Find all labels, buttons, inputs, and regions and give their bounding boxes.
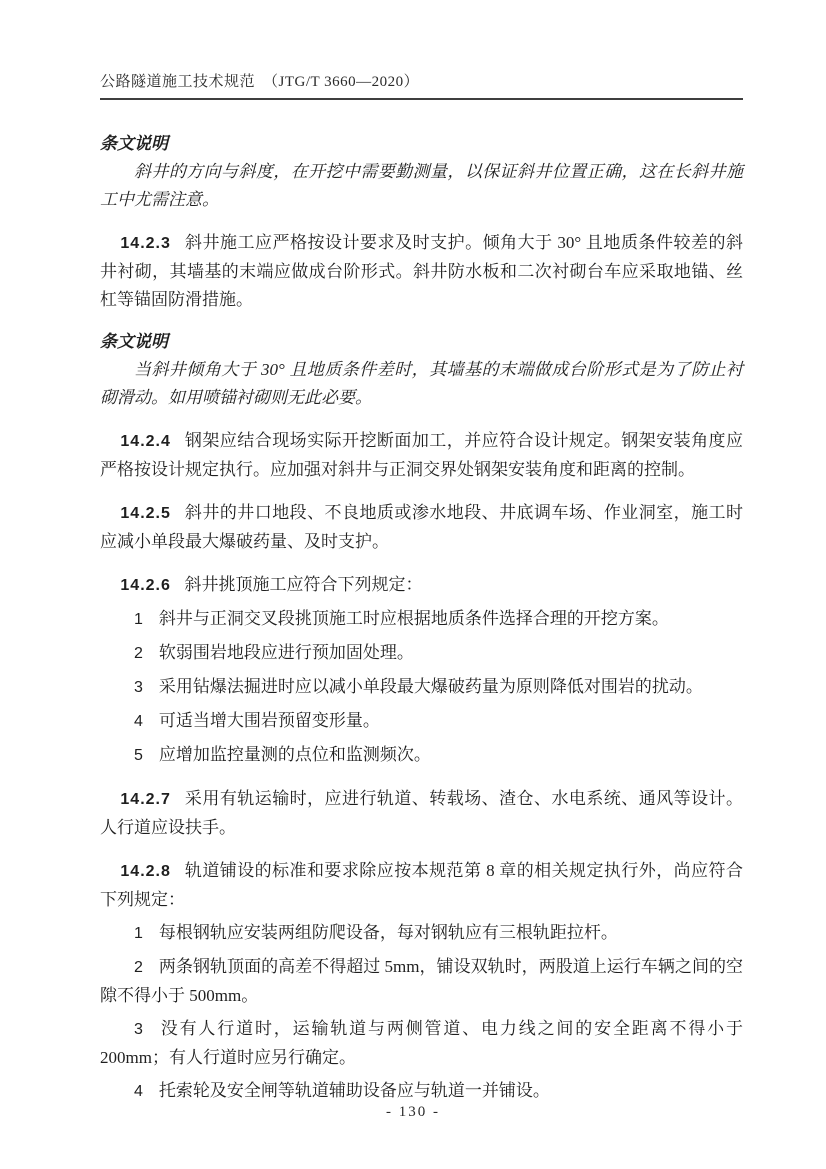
note-heading: 条文说明	[100, 130, 743, 158]
clause-text: 轨道铺设的标准和要求除应按本规范第 8 章的相关规定执行外，尚应符合下列规定：	[100, 861, 743, 909]
clause-text: 采用有轨运输时，应进行轨道、转载场、渣仓、水电系统、通风等设计。人行道应设扶手。	[100, 789, 743, 837]
clause-paragraph: 14.2.7采用有轨运输时，应进行轨道、转载场、渣仓、水电系统、通风等设计。人行…	[100, 785, 743, 842]
list-item-number: 4	[134, 1083, 143, 1100]
list-item-number: 1	[134, 611, 143, 628]
page-footer: - 130 -	[0, 1104, 826, 1121]
note-paragraph: 当斜井倾角大于 30° 且地质条件差时，其墙基的末端做成台阶形式是为了防止衬砌滑…	[100, 356, 743, 412]
list-item-text: 可适当增大围岩预留变形量。	[159, 711, 380, 730]
clause-paragraph: 14.2.6斜井挑顶施工应符合下列规定：	[100, 571, 743, 600]
clause-list-item: 2两条钢轨顶面的高差不得超过 5mm，铺设双轨时，两股道上运行车辆之间的空隙不得…	[100, 953, 743, 1010]
list-item-text: 托索轮及安全闸等轨道辅助设备应与轨道一并铺设。	[159, 1081, 550, 1100]
clause-list-item: 1每根钢轨应安装两组防爬设备，每对钢轨应有三根轨距拉杆。	[100, 919, 743, 948]
list-item-text: 斜井与正洞交叉段挑顶施工时应根据地质条件选择合理的开挖方案。	[159, 609, 669, 628]
clause-list-item: 5应增加监控量测的点位和监测频次。	[100, 741, 743, 770]
running-head: 公路隧道施工技术规范 （JTG/T 3660—2020）	[100, 72, 743, 100]
list-item-number: 2	[134, 645, 143, 662]
clause-paragraph: 14.2.5斜井的井口地段、不良地质或渗水地段、井底调车场、作业洞室，施工时应减…	[100, 499, 743, 556]
list-item-number: 5	[134, 747, 143, 764]
clause-list-item: 3采用钻爆法掘进时应以减小单段最大爆破药量为原则降低对围岩的扰动。	[100, 673, 743, 702]
list-item-text: 每根钢轨应安装两组防爬设备，每对钢轨应有三根轨距拉杆。	[159, 923, 618, 942]
clause-number: 14.2.5	[120, 505, 170, 522]
running-head-title: 公路隧道施工技术规范 （JTG/T 3660—2020）	[100, 74, 419, 90]
list-item-number: 1	[134, 925, 143, 942]
clause-number: 14.2.4	[120, 433, 170, 450]
clause-list-item: 4可适当增大围岩预留变形量。	[100, 707, 743, 736]
list-item-text: 应增加监控量测的点位和监测频次。	[159, 745, 431, 764]
clause-text: 斜井挑顶施工应符合下列规定：	[184, 575, 422, 594]
clause-number: 14.2.8	[120, 863, 170, 880]
clause-number: 14.2.7	[120, 791, 170, 808]
document-page: 公路隧道施工技术规范 （JTG/T 3660—2020） 条文说明 斜井的方向与…	[0, 0, 826, 1169]
note-heading: 条文说明	[100, 328, 743, 356]
clause-number: 14.2.6	[120, 577, 170, 594]
page-number: - 130 -	[386, 1104, 440, 1120]
clause-number: 14.2.3	[120, 235, 170, 252]
list-item-number: 2	[134, 959, 143, 976]
list-item-number: 3	[134, 1021, 143, 1038]
clause-list-item: 2软弱围岩地段应进行预加固处理。	[100, 639, 743, 668]
clause-paragraph: 14.2.4钢架应结合现场实际开挖断面加工，并应符合设计规定。钢架安装角度应严格…	[100, 427, 743, 484]
page-content: 条文说明 斜井的方向与斜度，在开挖中需要勤测量，以保证斜井位置正确，这在长斜井施…	[100, 100, 743, 1106]
list-item-text: 两条钢轨顶面的高差不得超过 5mm，铺设双轨时，两股道上运行车辆之间的空隙不得小…	[100, 957, 743, 1005]
list-item-number: 4	[134, 713, 143, 730]
clause-paragraph: 14.2.3斜井施工应严格按设计要求及时支护。倾角大于 30° 且地质条件较差的…	[100, 229, 743, 314]
list-item-text: 软弱围岩地段应进行预加固处理。	[159, 643, 414, 662]
list-item-number: 3	[134, 679, 143, 696]
clause-text: 钢架应结合现场实际开挖断面加工，并应符合设计规定。钢架安装角度应严格按设计规定执…	[100, 431, 743, 479]
clause-text: 斜井施工应严格按设计要求及时支护。倾角大于 30° 且地质条件较差的斜井衬砌，其…	[100, 233, 743, 309]
note-paragraph: 斜井的方向与斜度，在开挖中需要勤测量，以保证斜井位置正确，这在长斜井施工中尤需注…	[100, 158, 743, 214]
clause-list-item: 3没有人行道时，运输轨道与两侧管道、电力线之间的安全距离不得小于 200mm；有…	[100, 1015, 743, 1072]
clause-list-item: 1斜井与正洞交叉段挑顶施工时应根据地质条件选择合理的开挖方案。	[100, 605, 743, 634]
clause-paragraph: 14.2.8轨道铺设的标准和要求除应按本规范第 8 章的相关规定执行外，尚应符合…	[100, 857, 743, 914]
clause-text: 斜井的井口地段、不良地质或渗水地段、井底调车场、作业洞室，施工时应减小单段最大爆…	[100, 503, 743, 551]
list-item-text: 采用钻爆法掘进时应以减小单段最大爆破药量为原则降低对围岩的扰动。	[159, 677, 703, 696]
list-item-text: 没有人行道时，运输轨道与两侧管道、电力线之间的安全距离不得小于 200mm；有人…	[100, 1019, 743, 1067]
clause-list-item: 4托索轮及安全闸等轨道辅助设备应与轨道一并铺设。	[100, 1077, 743, 1106]
